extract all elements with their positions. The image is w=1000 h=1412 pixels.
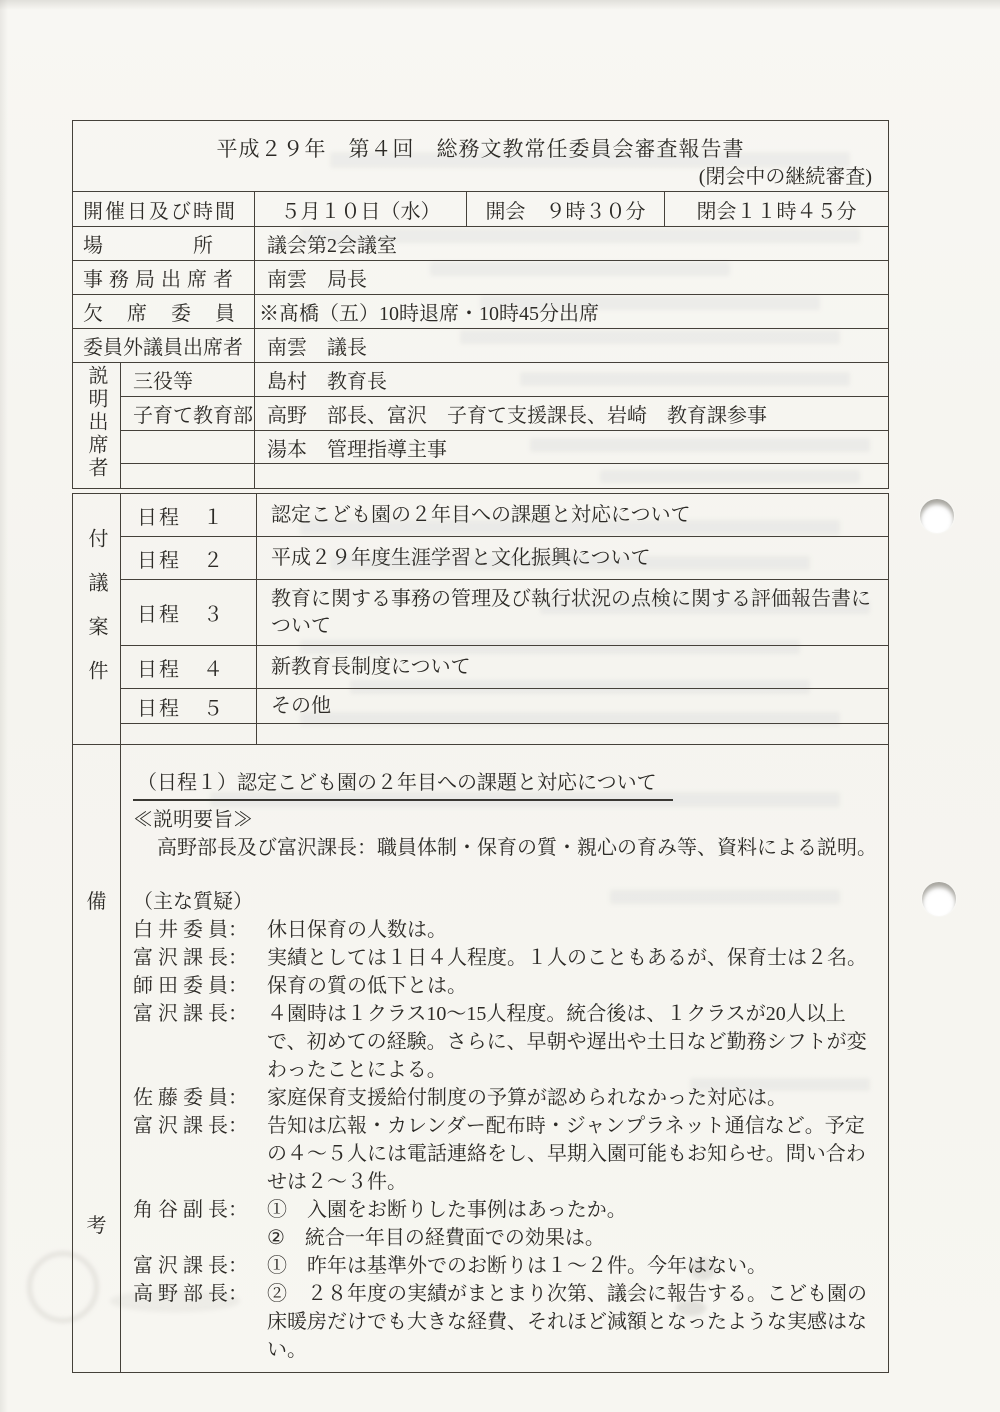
punch-hole xyxy=(922,882,956,916)
explainer-attendees-side-label-cell: 説明出席者 xyxy=(73,363,121,489)
notes-body: （日程１）認定こども園の２年目への課題と対応について ≪説明要旨≫ 高野部長及び… xyxy=(121,745,888,1372)
document-subtitle: (閉会中の継続審査) xyxy=(73,163,888,191)
notes-side-char-2: 考 xyxy=(73,1209,120,1238)
secretariat-label: 事務局出席者 xyxy=(73,261,255,295)
title-block: 平成２９年 第４回 総務文教常任委員会審査報告書 (閉会中の継続審査) xyxy=(73,121,889,192)
agenda-item-1-title: 認定こども園の２年目への課題と対応について xyxy=(257,494,889,537)
qa-speaker: 富 沢 課 長： xyxy=(133,1000,267,1028)
qa-text: ① 昨年は基準外でのお断りは１〜２件。今年はない。 xyxy=(267,1252,878,1280)
notes-side-label-cell: 備 考 xyxy=(73,745,121,1373)
notes-summary-label: ≪説明要旨≫ xyxy=(133,806,878,834)
agenda-item-1-no: 日程 １ xyxy=(121,494,257,537)
agenda-item-5-title: その他 xyxy=(257,689,889,724)
agenda-side-label: 付議案件 xyxy=(82,528,111,704)
agenda-item-4-no: 日程 ４ xyxy=(121,646,257,689)
qa-row: 師 田 委 員： 保育の質の低下とは。 xyxy=(133,972,878,1000)
qa-speaker: 師 田 委 員： xyxy=(133,972,267,1000)
attendees-row4-label xyxy=(121,464,255,489)
qa-text: 家庭保育支援給付制度の予算が認められなかった対応は。 xyxy=(267,1084,878,1112)
agenda-item-3-no: 日程 ３ xyxy=(121,580,257,646)
notes-qa-label: （主な質疑） xyxy=(133,888,878,916)
qa-text: 保育の質の低下とは。 xyxy=(267,972,878,1000)
schedule-open-time: 開会 ９時３０分 xyxy=(467,192,665,227)
childcare-dept-label: 子育て教育部 xyxy=(121,397,255,431)
attendees-row4-value xyxy=(255,464,889,489)
qa-text: 実績としては１日４人程度。１人のこともあるが、保育士は２名。 xyxy=(267,944,878,972)
qa-text: 告知は広報・カレンダー配布時・ジャンプラネット通信など。予定の４〜５人には電話連… xyxy=(267,1112,878,1196)
agenda-item-2-title: 平成２９年度生涯学習と文化振興について xyxy=(257,537,889,580)
notes-summary: 高野部長及び富沢課長：職員体制・保育の質・親心の育み等、資料による説明。 xyxy=(133,834,878,862)
qa-row: 富 沢 課 長： 実績としては１日４人程度。１人のこともあるが、保育士は２名。 xyxy=(133,944,878,972)
agenda-item-3-title: 教育に関する事務の管理及び執行状況の点検に関する評価報告書について xyxy=(257,580,889,646)
schedule-close-time: 閉会１１時４５分 xyxy=(665,192,889,227)
qa-text: 休日保育の人数は。 xyxy=(267,916,878,944)
place-label: 場 所 xyxy=(73,227,255,261)
qa-row: 富 沢 課 長： ４園時は１クラス10〜15人程度。統合後は、１クラスが20人以… xyxy=(133,1000,878,1084)
attendees-row3-label xyxy=(121,431,255,464)
schedule-label: 開催日及び時間 xyxy=(73,192,255,227)
qa-speaker: 佐 藤 委 員： xyxy=(133,1084,267,1112)
qa-row: 角 谷 副 長： ① 入園をお断りした事例はあったか。 ② 統合一年目の経費面で… xyxy=(133,1196,878,1252)
agenda-item-4-title: 新教育長制度について xyxy=(257,646,889,689)
agenda-blank-no xyxy=(121,724,257,745)
document-title: 平成２９年 第４回 総務文教常任委員会審査報告書 xyxy=(73,121,888,163)
qa-row: 白 井 委 員： 休日保育の人数は。 xyxy=(133,916,878,944)
schedule-date: ５月１０日（水） xyxy=(255,192,467,227)
secretariat-value: 南雲 局長 xyxy=(255,261,889,295)
attendees-row3-value: 湯本 管理指導主事 xyxy=(255,431,889,464)
qa-row: 高 野 部 長： ② ２８年度の実績がまとまり次第、議会に報告する。こども園の床… xyxy=(133,1280,878,1364)
scan-edge-shading xyxy=(0,0,1000,10)
non-member-attendees-label: 委員外議員出席者 xyxy=(73,329,255,363)
childcare-dept-value: 高野 部長、富沢 子育て支援課長、岩崎 教育課参事 xyxy=(255,397,889,431)
qa-row: 富 沢 課 長： ① 昨年は基準外でのお断りは１〜２件。今年はない。 xyxy=(133,1252,878,1280)
header-table: 平成２９年 第４回 総務文教常任委員会審査報告書 (閉会中の継続審査) 開催日及… xyxy=(72,120,889,489)
notes-heading: （日程１）認定こども園の２年目への課題と対応について xyxy=(133,769,673,801)
qa-text: ② ２８年度の実績がまとまり次第、議会に報告する。こども園の床暖房だけでも大きな… xyxy=(267,1280,878,1364)
qa-speaker: 富 沢 課 長： xyxy=(133,1252,267,1280)
scan-edge-shading xyxy=(0,0,8,1412)
absent-members-value: ※髙橋（五）10時退席・10時45分出席 xyxy=(255,295,889,329)
executives-label: 三役等 xyxy=(121,363,255,397)
absent-members-label: 欠 席 委 員 xyxy=(73,295,255,329)
executives-value: 島村 教育長 xyxy=(255,363,889,397)
qa-speaker: 高 野 部 長： xyxy=(133,1280,267,1308)
qa-speaker: 角 谷 副 長： xyxy=(133,1196,267,1224)
punch-hole xyxy=(920,499,954,533)
agenda-side-label-cell: 付議案件 xyxy=(73,494,121,745)
agenda-item-2-no: 日程 ２ xyxy=(121,537,257,580)
qa-row: 富 沢 課 長： 告知は広報・カレンダー配布時・ジャンプラネット通信など。予定の… xyxy=(133,1112,878,1196)
notes-table: 備 考 （日程１）認定こども園の２年目への課題と対応について ≪説明要旨≫ 高野… xyxy=(72,744,889,1373)
agenda-blank-title xyxy=(257,724,889,745)
qa-speaker: 白 井 委 員： xyxy=(133,916,267,944)
qa-speaker: 富 沢 課 長： xyxy=(133,1112,267,1140)
qa-speaker: 富 沢 課 長： xyxy=(133,944,267,972)
qa-text: ① 入園をお断りした事例はあったか。 ② 統合一年目の経費面での効果は。 xyxy=(267,1196,878,1252)
non-member-attendees-value: 南雲 議長 xyxy=(255,329,889,363)
explainer-attendees-side-label: 説明出席者 xyxy=(82,365,111,480)
agenda-table: 付議案件 日程 １ 認定こども園の２年目への課題と対応について 日程 ２ 平成２… xyxy=(72,493,889,745)
scanned-document-page: 平成２９年 第４回 総務文教常任委員会審査報告書 (閉会中の継続審査) 開催日及… xyxy=(0,0,1000,1412)
qa-text: ４園時は１クラス10〜15人程度。統合後は、１クラスが20人以上で、初めての経験… xyxy=(267,1000,878,1084)
place-value: 議会第2会議室 xyxy=(255,227,889,261)
notes-content-cell: （日程１）認定こども園の２年目への課題と対応について ≪説明要旨≫ 高野部長及び… xyxy=(121,745,889,1373)
qa-row: 佐 藤 委 員： 家庭保育支援給付制度の予算が認められなかった対応は。 xyxy=(133,1084,878,1112)
notes-side-char-1: 備 xyxy=(73,885,120,914)
agenda-item-5-no: 日程 ５ xyxy=(121,689,257,724)
